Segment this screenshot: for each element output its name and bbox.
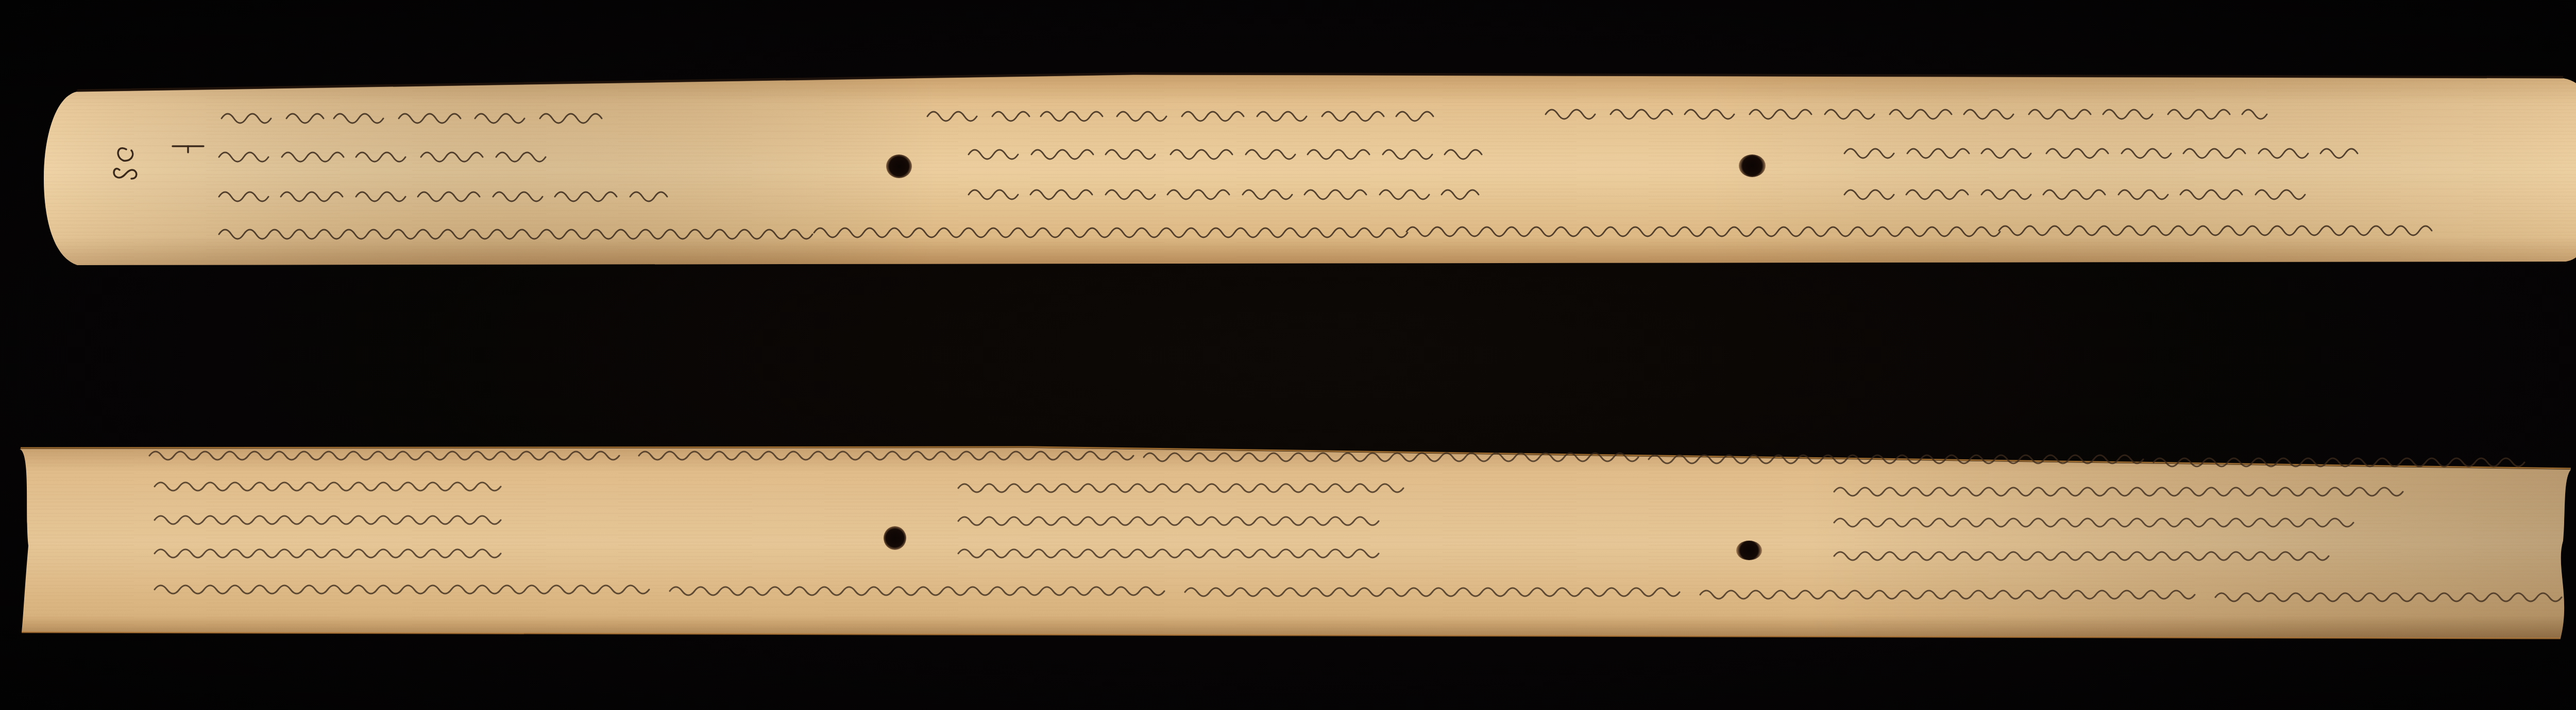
string-hole-bottom-left [884,526,906,550]
string-hole-bottom-right [1736,541,1762,560]
leaf-bottom-shape [0,0,2576,710]
palm-leaf-bottom: Balinese [0,0,2576,710]
